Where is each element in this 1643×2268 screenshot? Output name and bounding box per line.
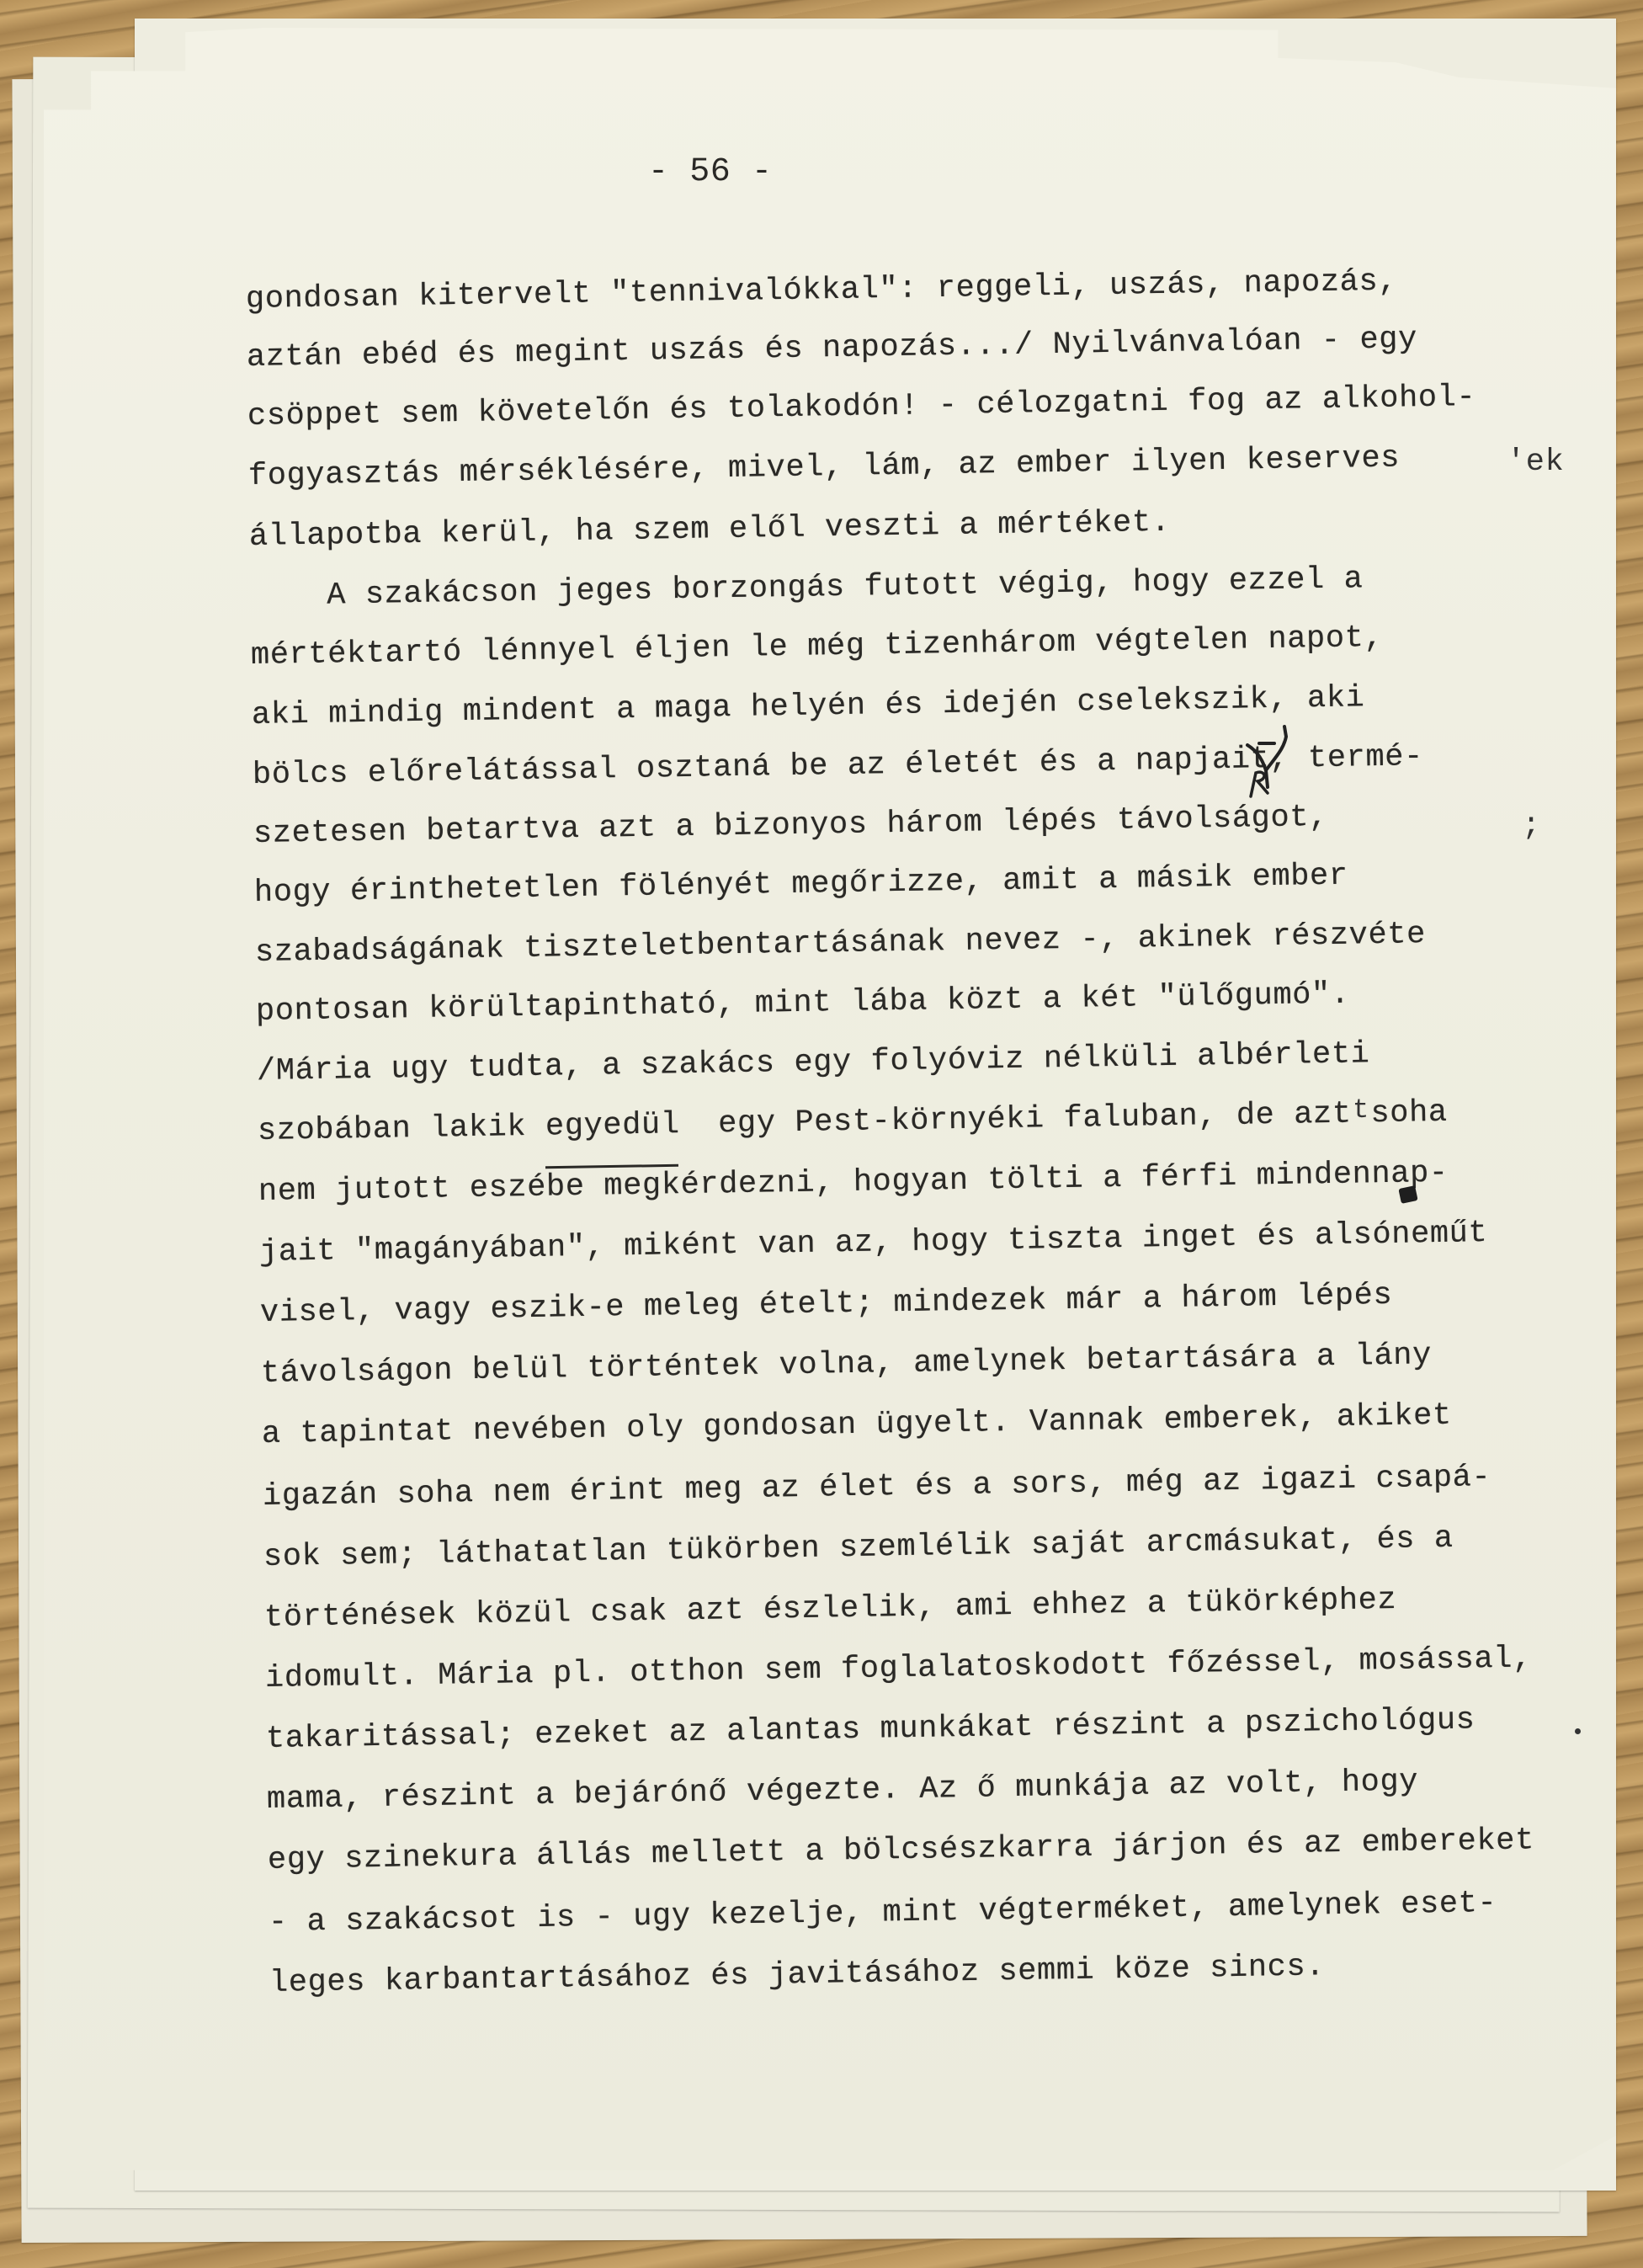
- text-line: /Mária ugy tudta, a szakács egy folyóviz…: [257, 1036, 1370, 1089]
- text-line: távolságon belül történtek volna, amelyn…: [261, 1338, 1433, 1392]
- text-line: nem jutott eszébe megkérdezni, hogyan tö…: [258, 1156, 1449, 1210]
- text-line: takaritással; ezeket az alantas munkákat…: [266, 1702, 1476, 1757]
- handwritten-r-mark-icon: [1247, 768, 1273, 798]
- page-number: - 56 -: [648, 153, 773, 191]
- text-line: igazán soha nem érint meg az élet és a s…: [263, 1460, 1491, 1515]
- text-line: állapotba kerül, ha szem elől veszti a m…: [249, 505, 1171, 555]
- text-line: hogy érinthetetlen fölényét megőrizze, a…: [254, 859, 1348, 911]
- text-line: idomult. Mária pl. otthon sem foglalatos…: [265, 1641, 1533, 1696]
- text-line: szabadságának tiszteletbentartásának nev…: [255, 917, 1427, 971]
- text-line: mértéktartó lénnyel éljen le még tizenhá…: [251, 620, 1384, 673]
- text-line: leges karbantartásához és javitásához se…: [269, 1949, 1326, 2001]
- margin-dot: [1575, 1728, 1581, 1734]
- text-line: visel, vagy eszik-e meleg ételt; mindeze…: [260, 1278, 1393, 1331]
- superscript-correction: t: [1353, 1094, 1369, 1126]
- text-line: szobában lakik egyedül egy Pest-környéki…: [258, 1095, 1448, 1149]
- text-line: történések közül csak azt észlelik, ami …: [264, 1583, 1397, 1636]
- text-line: gondosan kitervelt "tennivalókkal": regg…: [246, 264, 1398, 317]
- text-line: a tapintat nevében oly gondosan ügyelt. …: [262, 1398, 1452, 1452]
- text-line: jait "magányában", miként van az, hogy t…: [259, 1216, 1488, 1270]
- text-line: aztán ebéd és megint uszás és napozás...…: [247, 322, 1418, 375]
- text-line: - a szakácsot is - ugy kezelje, mint vég…: [269, 1886, 1497, 1941]
- text-line: fogyasztás mérséklésére, mivel, lám, az …: [248, 441, 1401, 494]
- text-line: pontosan körültapintható, mint lába közt…: [256, 977, 1350, 1030]
- text-line: aki mindig mindent a maga helyén és idej…: [252, 680, 1365, 733]
- text-line: csöppet sem követelőn és tolakodón! - cé…: [247, 380, 1476, 434]
- typed-text-layer: - 56 - gondosan kitervelt "tennivalókkal…: [0, 0, 1643, 2268]
- text-line: szetesen betartva azt a bizonyos három l…: [253, 800, 1329, 852]
- text-line: sok sem; láthatatlan tükörben szemlélik …: [263, 1521, 1454, 1575]
- margin-fragment: 'ek: [1507, 445, 1564, 480]
- margin-fragment: ;: [1522, 808, 1541, 844]
- text-line: egy szinekura állás mellett a bölcsészka…: [268, 1823, 1535, 1878]
- text-line: mama, részint a bejárónő végezte. Az ő m…: [267, 1765, 1419, 1818]
- text-line: A szakácson jeges borzongás futott végig…: [250, 562, 1364, 615]
- ink-blot-mark: [1398, 1185, 1417, 1204]
